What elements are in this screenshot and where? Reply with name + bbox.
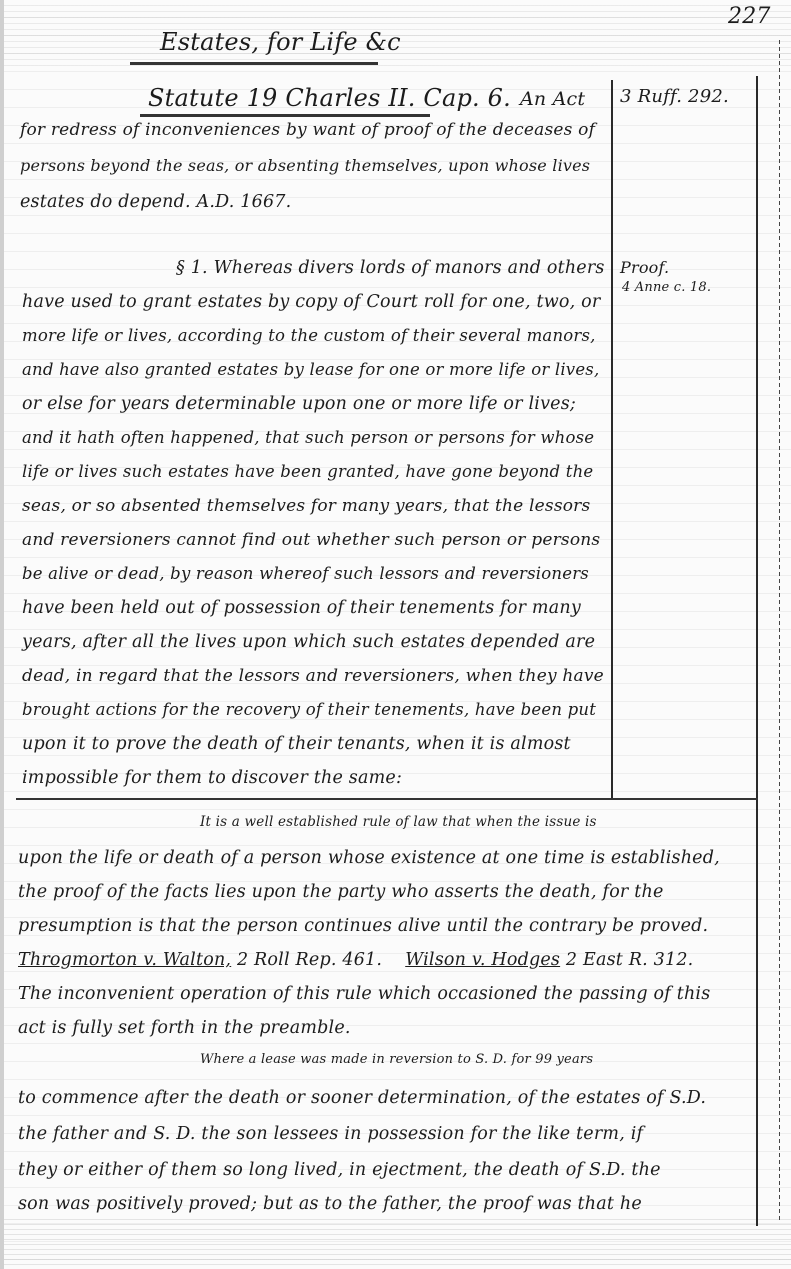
margin-note-proof: Proof. <box>620 258 669 277</box>
margin-column-rule-left <box>611 80 613 798</box>
margin-column-rule-right <box>756 76 758 1226</box>
margin-note-anne: 4 Anne c. 18. <box>622 280 711 295</box>
heading-underline <box>130 62 378 65</box>
margin-note-reference: 3 Ruff. 292. <box>620 86 729 107</box>
commentary-line: to commence after the death or sooner de… <box>18 1088 706 1108</box>
section-1-line: impossible for them to discover the same… <box>22 768 402 788</box>
section-1-line: or else for years determinable upon one … <box>22 394 576 414</box>
commentary-line: son was positively proved; but as to the… <box>18 1194 642 1214</box>
commentary-line: upon the life or death of a person whose… <box>18 848 720 868</box>
scan-noise-bottom <box>0 1215 791 1269</box>
case-reference-1: 2 Roll Rep. 461. <box>237 950 382 970</box>
section-1-line: be alive or dead, by reason whereof such… <box>22 564 589 583</box>
commentary-line: act is fully set forth in the preamble. <box>18 1018 351 1038</box>
page-number: 227 <box>728 4 771 29</box>
section-1-line: years, after all the lives upon which su… <box>22 632 595 652</box>
section-1-line: brought actions for the recovery of thei… <box>22 700 596 719</box>
outer-margin-rule <box>779 40 780 1220</box>
commentary-line: they or either of them so long lived, in… <box>18 1160 661 1180</box>
section-1-line: more life or lives, according to the cus… <box>22 326 596 345</box>
page-heading: Estates, for Life &c <box>160 28 401 56</box>
statute-intro-word: An Act <box>520 88 585 110</box>
commentary-line: Where a lease was made in reversion to S… <box>200 1052 593 1067</box>
case-citations: Throgmorton v. Walton, 2 Roll Rep. 461. … <box>18 950 693 970</box>
commentary-line: the proof of the facts lies upon the par… <box>18 882 664 902</box>
section-divider <box>16 798 758 800</box>
section-1-line: § 1. Whereas divers lords of manors and … <box>176 258 605 278</box>
section-1-line: dead, in regard that the lessors and rev… <box>22 666 604 686</box>
section-1-line: seas, or so absented themselves for many… <box>22 496 590 516</box>
case-reference-2: 2 East R. 312. <box>566 950 694 970</box>
section-1-line: have been held out of possession of thei… <box>22 598 581 618</box>
commentary-line: the father and S. D. the son lessees in … <box>18 1124 643 1144</box>
statute-line: estates do depend. A.D. 1667. <box>20 192 291 212</box>
commentary-line: The inconvenient operation of this rule … <box>18 984 710 1004</box>
section-1-line: and it hath often happened, that such pe… <box>22 428 594 447</box>
section-1-line: upon it to prove the death of their tena… <box>22 734 571 754</box>
commentary-line: presumption is that the person continues… <box>18 916 708 936</box>
page-edge <box>0 0 4 1269</box>
section-1-line: have used to grant estates by copy of Co… <box>22 292 600 312</box>
manuscript-page: 227 Estates, for Life &c Statute 19 Char… <box>0 0 791 1269</box>
statute-title: Statute 19 Charles II. Cap. 6. <box>148 84 511 112</box>
section-1-line: life or lives such estates have been gra… <box>22 462 593 481</box>
statute-line: persons beyond the seas, or absenting th… <box>20 156 590 175</box>
case-citation-1: Throgmorton v. Walton, <box>18 950 231 970</box>
commentary-line: It is a well established rule of law tha… <box>200 814 597 830</box>
statute-line: for redress of inconveniences by want of… <box>20 120 595 140</box>
section-1-line: and have also granted estates by lease f… <box>22 360 599 379</box>
section-1-line: and reversioners cannot find out whether… <box>22 530 600 550</box>
case-citation-2: Wilson v. Hodges <box>405 950 560 970</box>
statute-underline <box>140 114 430 117</box>
